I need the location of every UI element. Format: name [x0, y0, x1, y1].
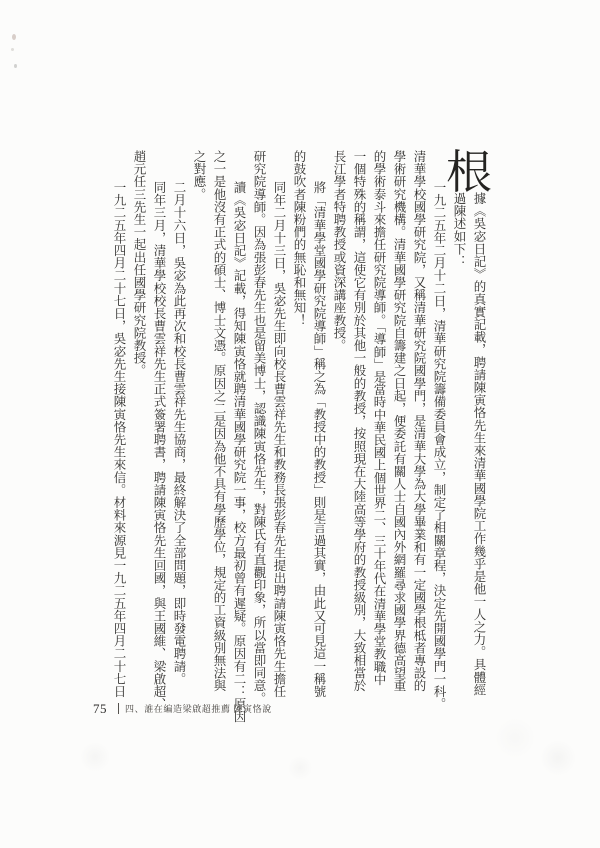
footer-divider [118, 703, 119, 714]
text-column: 同年三月，清華學校校長曹雲祥先生正式簽署聘書，聘請陳寅恪先生回國，與王國維、梁啟… [149, 150, 169, 746]
text-column: 的鼓吹者陳粉們的無恥和無知！ [289, 150, 309, 715]
text-column: 將「清華學堂國學研究院導師」稱之為「教授中的教授」則是言過其實，由此又可見這一稱… [309, 150, 329, 746]
text-column: 清華學校國學研究院，又稱清華研究院國學門，是清華大學為大學畢業和有一定國學根柢者… [409, 150, 429, 715]
text-column: 長江學者特聘教授或資深講座教授。 [329, 150, 349, 715]
page-number: 75 [93, 701, 107, 717]
text-column: 研究院導師。因為張彭春先生也是留美博士，認識陳寅恪先生，對陳氏有直觀印象，所以當… [249, 150, 269, 715]
text-column: 之對應。 [189, 150, 209, 715]
text-column: 之一是他沒有正式的碩士、博士文憑。原因之二是因為他不具有學歷學位，規定的工資級別… [209, 150, 229, 715]
text-column: 的學術泰斗來擔任研究院導師。「導師」是當時中華民國上個世界二、三十年代在清華學堂… [369, 150, 389, 715]
vertical-text-body: 據《吳宓日記》的真實記載，聘請陳寅恪先生來清華國學院工作幾乎是他一人之力。具體經… [109, 150, 489, 715]
paper-speck [14, 64, 17, 68]
paper-speck [12, 34, 16, 40]
text-column: 趙元任三先生一起出任國學研究院教授。 [129, 150, 149, 715]
text-column: 學術研究機構。清華國學研究院自籌建之日起，便委託有關人士自國內外網羅尋求國學界德… [389, 150, 409, 715]
book-page: 根 據《吳宓日記》的真實記載，聘請陳寅恪先生來清華國學院工作幾乎是他一人之力。具… [0, 0, 600, 848]
text-column: 同年二月十三日，吳宓先生即向校長曹雲祥先生和教務長張彭春先生提出聘請陳寅恪先生擔… [269, 150, 289, 746]
text-column: 一九二五年四月二十七日，吳宓先生接陳寅恪先生來信。材料來源見一九二五年四月二十七… [109, 150, 129, 746]
page-footer: 75 四、誰在編造梁啟超推薦 陳寅恪說 [93, 701, 272, 716]
paper-speck [11, 48, 14, 51]
text-column: 過陳述如下： [449, 150, 469, 757]
text-column: 讀《吳宓日記》記載，得知陳寅恪就聘清華國學研究院一事，校方最初曾有遲疑。原因有二… [229, 150, 249, 746]
text-column: 一九二五年二月十二日，清華研究院籌備委員會成立，制定了相關章程，決定先開國學門一… [429, 150, 449, 746]
chapter-title: 四、誰在編造梁啟超推薦 陳寅恪說 [125, 702, 272, 715]
text-column: 據《吳宓日記》的真實記載，聘請陳寅恪先生來清華國學院工作幾乎是他一人之力。具體經 [469, 150, 489, 757]
text-column: 一個特殊的稱謂，這使它有別於其他一般的教授，按照現在大陸高等學府的教授級別，大致… [349, 150, 369, 715]
text-column: 二月十六日，吳宓為此再次和校長曹雲祥先生協商，最終解決了全部問題，即時發電聘請。 [169, 150, 189, 746]
